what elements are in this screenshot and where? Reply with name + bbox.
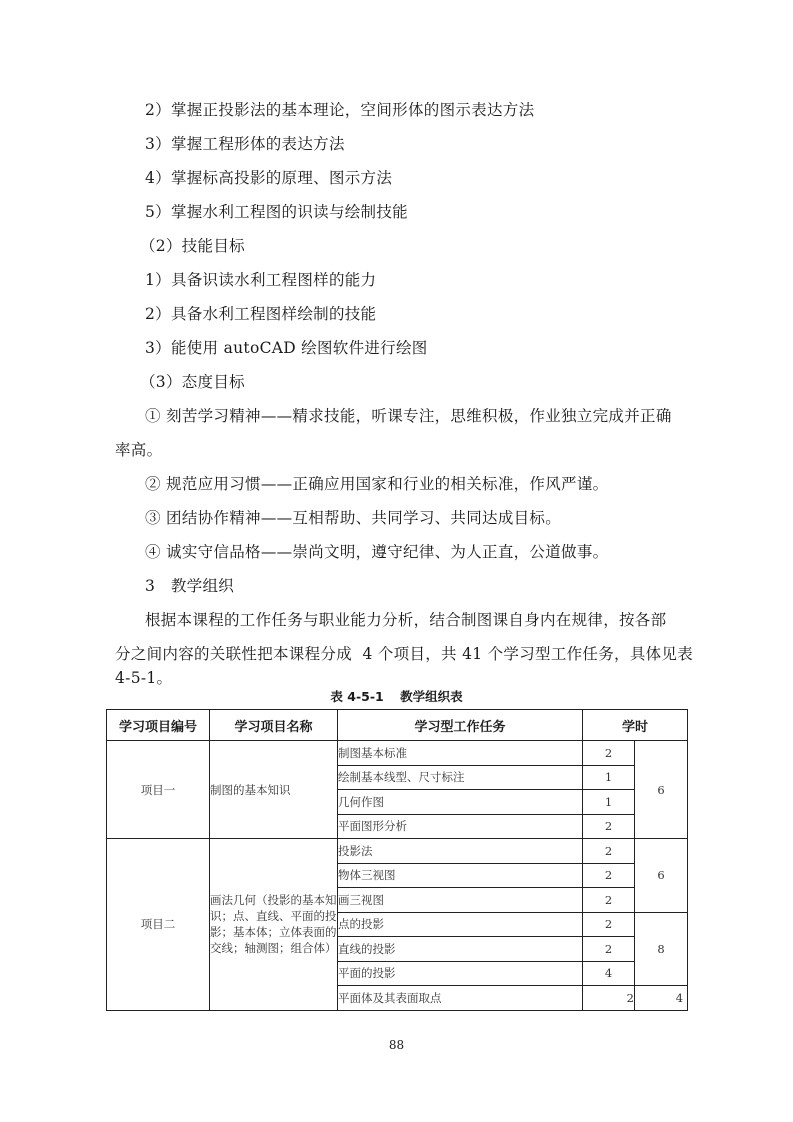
header-work-task: 学习型工作任务	[338, 710, 583, 741]
project-name-cell: 制图的基本知识	[210, 741, 338, 839]
hours-cell: 2	[583, 863, 635, 888]
task-cell: 平面图形分析	[338, 814, 583, 839]
teaching-organization-table: 学习项目编号 学习项目名称 学习型工作任务 学时 项目一 制图的基本知识 制图基…	[106, 709, 688, 1011]
paragraph-line: ② 规范应用习惯——正确应用国家和行业的相关标准，作风严谨。	[145, 474, 608, 494]
paragraph-line: ① 刻苦学习精神——精求技能，听课专注，思维积极，作业独立完成并正确	[145, 406, 672, 426]
paragraph-line: 3）掌握工程形体的表达方法	[145, 134, 345, 154]
paragraph-line: ③ 团结协作精神——互相帮助、共同学习、共同达成目标。	[145, 508, 561, 528]
task-cell: 制图基本标准	[338, 741, 583, 766]
section-heading: （3）态度目标	[140, 372, 245, 392]
task-cell: 绘制基本线型、尺寸标注	[338, 765, 583, 790]
table-caption: 表 4-5-1 教学组织表	[0, 689, 793, 705]
hours-cell: 4	[583, 961, 635, 986]
hours-cell: 2	[583, 986, 635, 1011]
hours-cell: 1	[583, 765, 635, 790]
table-header-row: 学习项目编号 学习项目名称 学习型工作任务 学时	[107, 710, 688, 741]
page-number: 88	[0, 1038, 793, 1052]
subtotal-hours-cell: 8	[635, 912, 688, 986]
task-cell: 平面体及其表面取点	[338, 986, 583, 1011]
table-row: 项目一 制图的基本知识 制图基本标准 2 6	[107, 741, 688, 766]
hours-cell: 1	[583, 790, 635, 815]
hours-cell: 2	[583, 888, 635, 913]
header-project-id: 学习项目编号	[107, 710, 210, 741]
task-cell: 投影法	[338, 839, 583, 864]
project-name-cell: 画法几何（投影的基本知识；点、直线、平面的投影；基本体；立体表面的交线；轴测图；…	[210, 839, 338, 1011]
hours-cell: 2	[583, 741, 635, 766]
section-heading: （2）技能目标	[140, 236, 245, 256]
header-hours: 学时	[583, 710, 688, 741]
paragraph-line: 1）具备识读水利工程图样的能力	[145, 270, 376, 290]
task-cell: 点的投影	[338, 912, 583, 937]
task-cell: 物体三视图	[338, 863, 583, 888]
paragraph-line: 3）能使用 autoCAD 绘图软件进行绘图	[145, 338, 428, 358]
paragraph-line: 4）掌握标高投影的原理、图示方法	[145, 168, 392, 188]
table-row: 项目二 画法几何（投影的基本知识；点、直线、平面的投影；基本体；立体表面的交线；…	[107, 839, 688, 864]
task-cell: 画三视图	[338, 888, 583, 913]
task-cell: 几何作图	[338, 790, 583, 815]
paragraph-line: ④ 诚实守信品格——崇尚文明，遵守纪律、为人正直，公道做事。	[145, 542, 608, 562]
table-caption-title: 教学组织表	[400, 689, 463, 704]
subtotal-hours-cell: 4	[635, 986, 688, 1011]
paragraph-line: 率高。	[115, 440, 162, 460]
table-caption-number: 表 4-5-1	[330, 689, 383, 704]
project-id-cell: 项目二	[107, 839, 210, 1011]
paragraph-line: 分之间内容的关联性把本课程分成 4 个项目，共 41 个学习型工作任务，具体见表	[115, 644, 693, 664]
project-id-cell: 项目一	[107, 741, 210, 839]
hours-cell: 2	[583, 839, 635, 864]
paragraph-line: 5）掌握水利工程图的识读与绘制技能	[145, 202, 408, 222]
paragraph-line: 根据本课程的工作任务与职业能力分析，结合制图课自身内在规律，按各部	[145, 610, 666, 630]
hours-cell: 2	[583, 937, 635, 962]
paragraph-line: 2）具备水利工程图样绘制的技能	[145, 304, 376, 324]
paragraph-line: 4-5-1。	[115, 668, 172, 688]
paragraph-line: 2）掌握正投影法的基本理论，空间形体的图示表达方法	[145, 100, 534, 120]
task-cell: 平面的投影	[338, 961, 583, 986]
hours-cell: 2	[583, 912, 635, 937]
subtotal-hours-cell: 6	[635, 741, 688, 839]
task-cell: 直线的投影	[338, 937, 583, 962]
subtotal-hours-cell: 6	[635, 839, 688, 913]
header-project-name: 学习项目名称	[210, 710, 338, 741]
section-heading: 3 教学组织	[145, 576, 234, 596]
hours-cell: 2	[583, 814, 635, 839]
